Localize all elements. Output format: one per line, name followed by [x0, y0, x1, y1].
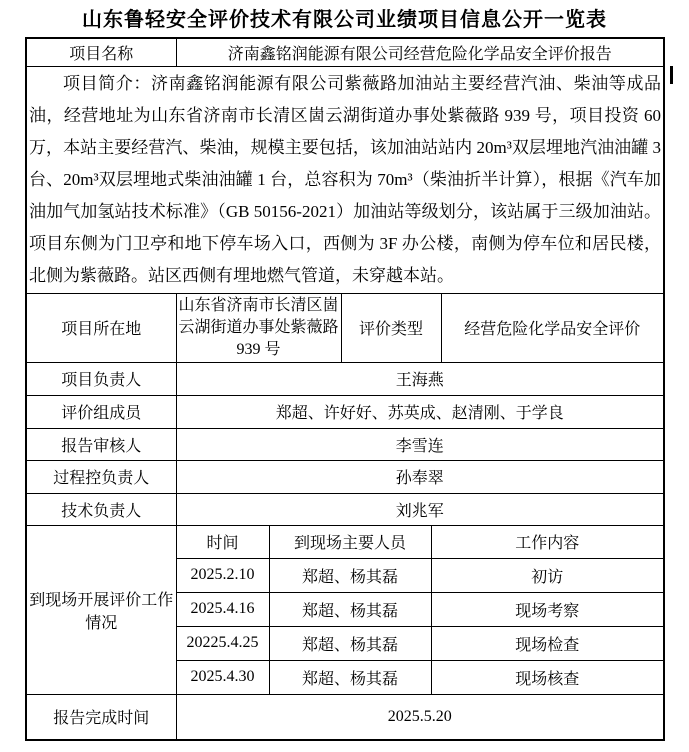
- project-leader-label: 项目负责人: [26, 362, 176, 395]
- visits-header-work: 工作内容: [431, 525, 664, 558]
- visit-work: 现场检查: [431, 626, 664, 660]
- table-row-process-controller: 过程控负责人 孙奉翠: [26, 460, 664, 493]
- table-row-tech-leader: 技术负责人 刘兆军: [26, 493, 664, 525]
- project-name-label: 项目名称: [26, 38, 176, 66]
- project-intro-cell: 项目简介：济南鑫铭润能源有限公司紫薇路加油站主要经营汽油、柴油等成品油，经营地址…: [26, 66, 664, 293]
- text-cursor: [670, 66, 673, 84]
- eval-type-label: 评价类型: [341, 293, 441, 362]
- visit-work: 现场考察: [431, 592, 664, 626]
- visits-header-time: 时间: [176, 525, 269, 558]
- report-reviewer-value: 李雪连: [176, 428, 664, 460]
- tech-leader-label: 技术负责人: [26, 493, 176, 525]
- table-row-project-leader: 项目负责人 王海燕: [26, 362, 664, 395]
- info-table: 项目名称 济南鑫铭润能源有限公司经营危险化学品安全评价报告 项目简介：济南鑫铭润…: [25, 37, 665, 741]
- process-controller-value: 孙奉翠: [176, 460, 664, 493]
- visit-people: 郑超、杨其磊: [269, 626, 431, 660]
- page-title: 山东鲁轻安全评价技术有限公司业绩项目信息公开一览表: [0, 0, 689, 32]
- visit-date: 2025.2.10: [176, 558, 269, 592]
- report-completion-value: 2025.5.20: [176, 694, 664, 740]
- location-value: 山东省济南市长清区崮云湖街道办事处紫薇路 939 号: [176, 293, 341, 362]
- eval-team-value: 郑超、许好好、苏英成、赵清刚、于学良: [176, 395, 664, 428]
- visit-date: 2025.4.30: [176, 660, 269, 694]
- document-page: 山东鲁轻安全评价技术有限公司业绩项目信息公开一览表 项目名称 济南鑫铭润能源有限…: [0, 0, 689, 752]
- tech-leader-value: 刘兆军: [176, 493, 664, 525]
- table-row-report-completion: 报告完成时间 2025.5.20: [26, 694, 664, 740]
- visit-people: 郑超、杨其磊: [269, 660, 431, 694]
- process-controller-label: 过程控负责人: [26, 460, 176, 493]
- table-row-visits-header: 到现场开展评价工作情况 时间 到现场主要人员 工作内容: [26, 525, 664, 558]
- table-row-project-name: 项目名称 济南鑫铭润能源有限公司经营危险化学品安全评价报告: [26, 38, 664, 66]
- eval-type-value: 经营危险化学品安全评价: [441, 293, 664, 362]
- visit-work: 现场核查: [431, 660, 664, 694]
- visit-people: 郑超、杨其磊: [269, 558, 431, 592]
- table-row-project-intro: 项目简介：济南鑫铭润能源有限公司紫薇路加油站主要经营汽油、柴油等成品油，经营地址…: [26, 66, 664, 293]
- visits-header-people: 到现场主要人员: [269, 525, 431, 558]
- visit-work: 初访: [431, 558, 664, 592]
- report-reviewer-label: 报告审核人: [26, 428, 176, 460]
- visit-people: 郑超、杨其磊: [269, 592, 431, 626]
- eval-team-label: 评价组成员: [26, 395, 176, 428]
- site-visits-label: 到现场开展评价工作情况: [26, 525, 176, 694]
- table-row-eval-team: 评价组成员 郑超、许好好、苏英成、赵清刚、于学良: [26, 395, 664, 428]
- report-completion-label: 报告完成时间: [26, 694, 176, 740]
- visit-date: 20225.4.25: [176, 626, 269, 660]
- project-intro-text: 项目简介：济南鑫铭润能源有限公司紫薇路加油站主要经营汽油、柴油等成品油，经营地址…: [29, 68, 661, 292]
- visit-date: 2025.4.16: [176, 592, 269, 626]
- location-label: 项目所在地: [26, 293, 176, 362]
- table-row-report-reviewer: 报告审核人 李雪连: [26, 428, 664, 460]
- project-name-value: 济南鑫铭润能源有限公司经营危险化学品安全评价报告: [176, 38, 664, 66]
- table-row-location: 项目所在地 山东省济南市长清区崮云湖街道办事处紫薇路 939 号 评价类型 经营…: [26, 293, 664, 362]
- project-leader-value: 王海燕: [176, 362, 664, 395]
